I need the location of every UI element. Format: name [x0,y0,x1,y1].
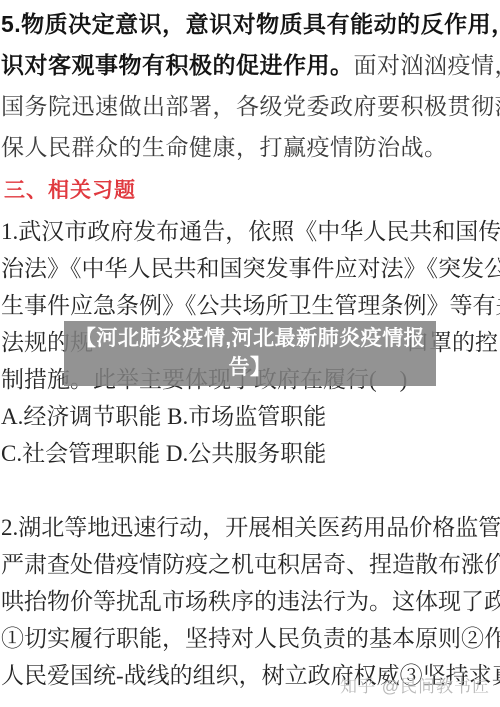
intro-line-4: 保人民群众的生命健康，打赢疫情防治战。 [1,127,498,168]
q1-line-2: 治法》《中华人民共和国突发事件应对法》《突发公共卫 [1,250,498,287]
watermark-overlay: 【河北肺炎疫情,河北最新肺炎疫情报告】 [64,321,436,386]
q2-line-4: ①切实履行职能，坚持对人民负责的基本原则②作为中国 [1,620,498,657]
q2-line-3: 哄抬物价等扰乱市场秩序的违法行为。这体现了政府() [1,583,498,620]
q2-line-1: 2.湖北等地迅速行动，开展相关医药用品价格监管工作， [1,509,498,546]
q1-line-1: 1.武汉市政府发布通告，依照《中华人民共和国传染病防 [1,213,498,250]
question-2: 2.湖北等地迅速行动，开展相关医药用品价格监管工作， 严肃查处借疫情防疫之机屯积… [1,509,498,694]
intro-paragraph: 5.物质决定意识，意识对物质具有能动的反作用，正确意 识对客观事物有积极的促进作… [1,4,498,168]
intro-line-1: 5.物质决定意识，意识对物质具有能动的反作用，正确意 [1,4,498,45]
q1-line-3: 生事件应急条例》《公共场所卫生管理条例》等有关法律 [1,287,498,324]
intro-line-2-regular: 面对汹汹疫情，党中央 [354,52,500,78]
document-page: 5.物质决定意识，意识对物质具有能动的反作用，正确意 识对客观事物有积极的促进作… [0,0,500,707]
intro-line-2: 识对客观事物有积极的促进作用。面对汹汹疫情，党中央 [1,45,498,86]
zhihu-credit: 知乎 @民间教书匠 [340,677,490,697]
intro-line-3: 国务院迅速做出部署，各级党委政府要积极贯彻落实，确 [1,86,498,127]
intro-line-2-bold: 识对客观事物有积极的促进作用。 [1,52,354,78]
q1-options-cd: C.社会管理职能 D.公共服务职能 [1,435,498,472]
q2-line-2: 严肃查处借疫情防疫之机屯积居奇、捏造散布涨价信息、 [1,546,498,583]
q1-options-ab: A.经济调节职能 B.市场监管职能 [1,398,498,435]
section-heading: 三、相关习题 [4,179,498,203]
